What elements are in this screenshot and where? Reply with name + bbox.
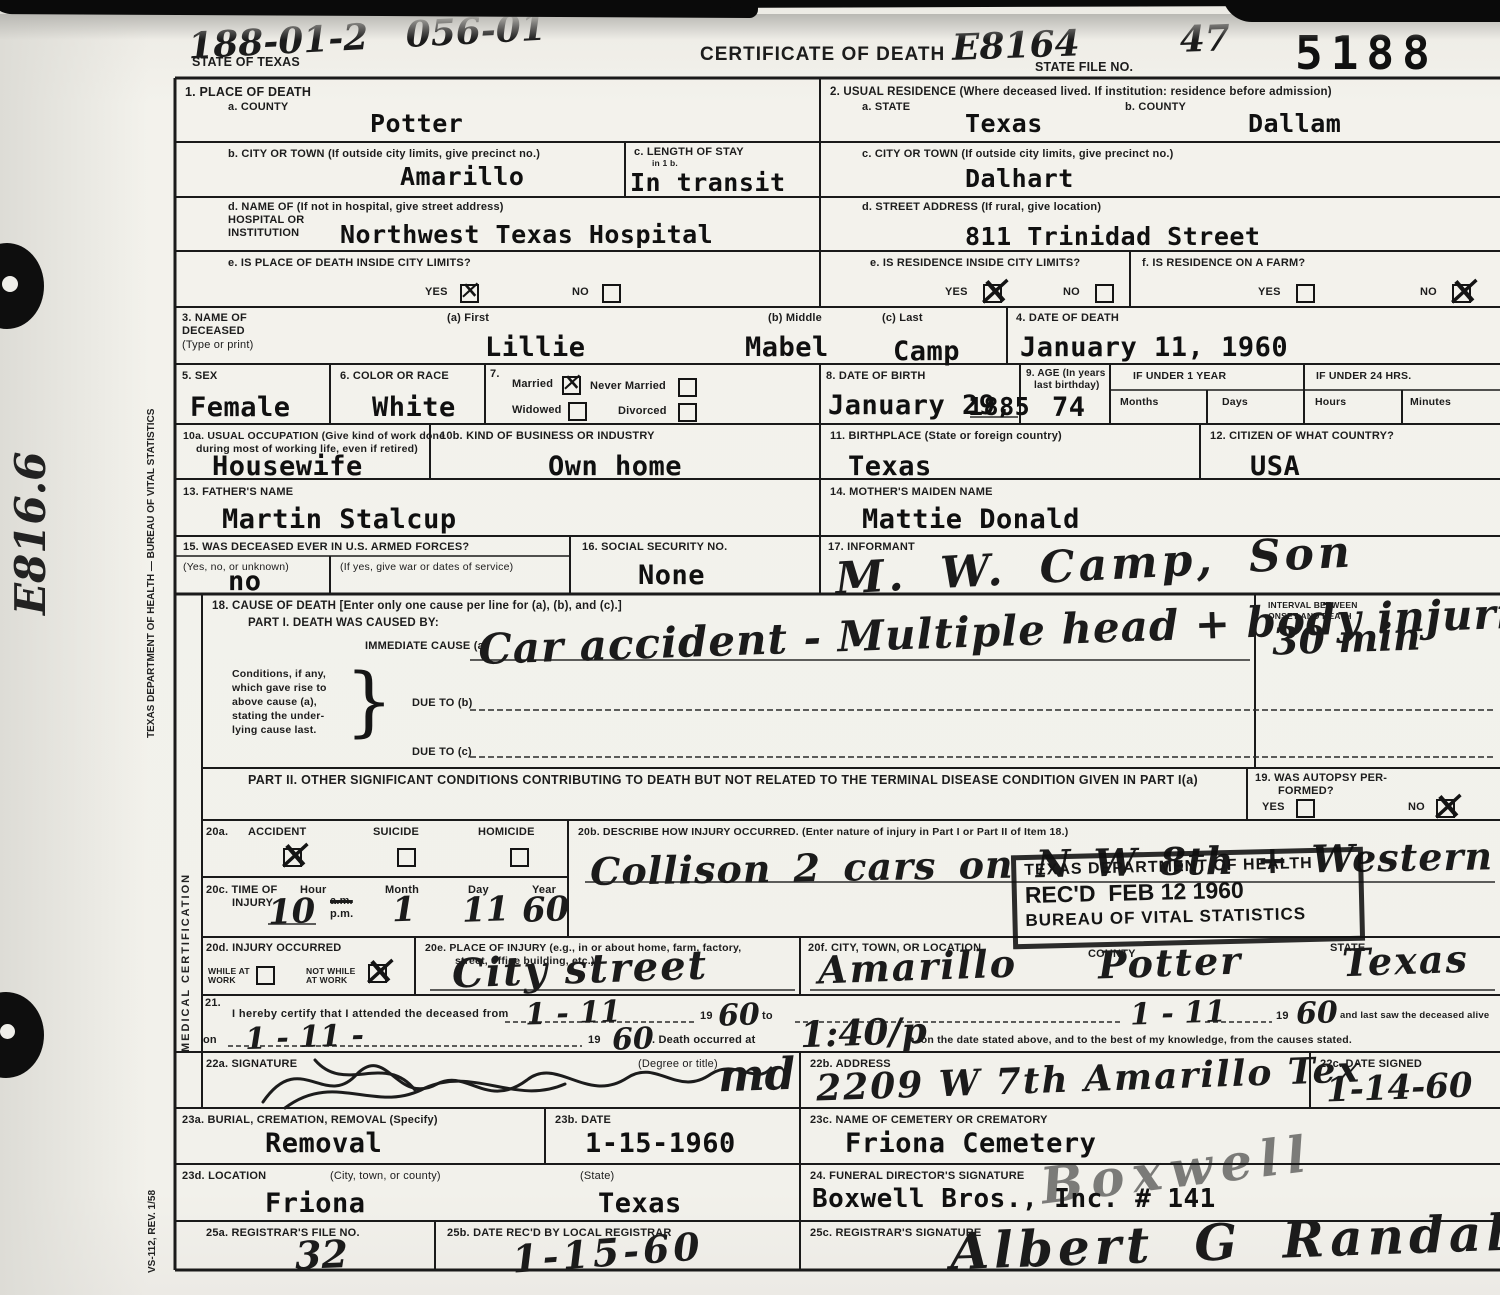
am-label: a.m. [330,895,353,907]
dob-label: 8. DATE OF BIRTH [826,370,926,382]
pod-limits-label: e. IS PLACE OF DEATH INSIDE CITY LIMITS? [228,257,471,269]
divorced-label: Divorced [618,405,667,417]
residence-state-value: Texas [965,109,1043,138]
immediate-cause-label: IMMEDIATE CAUSE (a) [365,640,488,652]
not-while-at-work-label-2: AT WORK [306,975,347,985]
residence-city-label: c. CITY OR TOWN (If outside city limits,… [862,148,1174,160]
cause-part2-label: PART II. OTHER SIGNIFICANT CONDITIONS CO… [248,773,1198,787]
margin-form-number: VS-112, REV. 1/58 [147,1168,158,1273]
certify-year-b: 60 [1295,995,1338,1031]
armed-forces-value: no [228,566,262,597]
autopsy-no-label: NO [1408,801,1425,813]
burial-value: Removal [265,1128,382,1159]
cause-part1-label: PART I. DEATH WAS CAUSED BY: [248,617,439,629]
day-value: 11 [461,889,510,931]
conditions-line-1: Conditions, if any, [232,668,326,680]
mother-label: 14. MOTHER'S MAIDEN NAME [830,486,993,498]
length-of-stay-sub: in 1 b. [652,158,678,168]
hour-value: 10 [267,891,316,933]
never-married-checkbox [678,378,697,397]
cemetery-label: 23c. NAME OF CEMETERY OR CREMATORY [810,1114,1048,1126]
residence-limits-no-label: NO [1063,286,1080,298]
middle-name-value: Mabel [745,332,829,363]
autopsy-yes-checkbox [1296,799,1315,818]
burial-state-sub: (State) [580,1170,614,1182]
homicide-label: HOMICIDE [478,826,535,838]
residence-limits-yes-label: YES [945,286,968,298]
scan-artifact-top-right [1222,0,1500,22]
certify-on-label: on [203,1034,217,1046]
residence-farm-yes-label: YES [1258,286,1281,298]
certify-text-2: and last saw the deceased alive [1340,1010,1489,1021]
citizen-label: 12. CITIZEN OF WHAT COUNTRY? [1210,430,1394,442]
last-name-label: (c) Last [882,312,923,324]
length-of-stay-label: c. LENGTH OF STAY [634,146,744,158]
registrar-file-value: 32 [294,1231,348,1278]
punch-hole-bottom-center [0,1024,15,1039]
suicide-label: SUICIDE [373,826,419,838]
marital-label: 7. [490,368,500,380]
while-at-work-checkbox [256,966,275,985]
autopsy-no-checkbox [1436,799,1455,818]
pod-limits-yes-label: YES [425,286,448,298]
pod-limits-no-label: NO [572,286,589,298]
punch-hole-top-center [2,276,18,292]
injury-occurred-label: 20d. INJURY OCCURRED [206,942,341,954]
date-of-death-label: 4. DATE OF DEATH [1016,312,1119,324]
first-name-value: Lillie [485,332,586,363]
residence-street-label: d. STREET ADDRESS (If rural, give locati… [862,201,1101,213]
residence-farm-no-label: NO [1420,286,1437,298]
how-injury-label: 20b. DESCRIBE HOW INJURY OCCURRED. (Ente… [578,826,1068,838]
hospital-label-3: INSTITUTION [228,227,299,239]
mother-value: Mattie Donald [862,504,1080,535]
autopsy-label-1: 19. WAS AUTOPSY PER- [1255,772,1387,784]
minutes-label: Minutes [1410,396,1451,408]
burial-date-label: 23b. DATE [555,1114,611,1126]
sex-value: Female [190,392,291,423]
due-to-c-label: DUE TO (c) [412,746,472,758]
residence-city-value: Dalhart [965,164,1074,193]
under-24-hrs-header: IF UNDER 24 HRS. [1316,370,1411,382]
pod-county-label: a. COUNTY [228,101,288,113]
certify-num: 21. [205,997,221,1009]
due-to-b-label: DUE TO (b) [412,697,472,709]
residence-farm-yes-checkbox [1296,284,1315,303]
pm-label: p.m. [330,908,353,920]
ssn-value: None [638,560,705,591]
birthplace-label: 11. BIRTHPLACE (State or foreign country… [830,430,1062,442]
autopsy-label-2: FORMED? [1278,785,1334,797]
conditions-brace: } [345,656,393,745]
widowed-checkbox [568,402,587,421]
received-stamp: TEXAS DEPARTMENT OF HEALTH REC'D FEB 12 … [1011,847,1365,950]
month-value: 1 [391,890,416,931]
year-value: 60 [521,889,570,931]
autopsy-yes-label: YES [1262,801,1285,813]
citizen-value: USA [1250,451,1300,482]
margin-department-text: TEXAS DEPARTMENT OF HEALTH — BUREAU OF V… [146,238,157,738]
residence-farm-label: f. IS RESIDENCE ON A FARM? [1142,257,1305,269]
pod-limits-yes-checkbox [460,284,479,303]
residence-farm-no-checkbox [1452,284,1471,303]
certify-19b: 19 [1276,1010,1289,1022]
injury-state-value: Texas [1341,936,1469,985]
certify-to-value: 1 - 11 [1129,994,1226,1032]
place-of-injury-value: City street [451,942,709,998]
margin-handwritten-code: E816.6 [6,455,55,615]
interval-value: 30 min [1271,613,1421,663]
certify-text-1: I hereby certify that I attended the dec… [232,1008,509,1020]
pod-county-value: Potter [370,109,463,138]
date-of-death-value: January 11, 1960 [1020,332,1288,363]
date-signed-value: 1-14-60 [1325,1065,1473,1110]
certificate-title: CERTIFICATE OF DEATH [700,44,945,66]
hospital-label-1: d. NAME OF (If not in hospital, give str… [228,201,504,213]
occupation-value: Housewife [212,451,363,482]
conditions-line-2: which gave rise to [232,682,327,694]
residence-limits-yes-checkbox [983,284,1002,303]
father-value: Martin Stalcup [222,504,457,535]
funeral-director-label: 24. FUNERAL DIRECTOR'S SIGNATURE [810,1170,1024,1182]
widowed-label: Widowed [512,404,562,416]
days-label: Days [1222,396,1248,408]
residence-county-value: Dallam [1248,109,1341,138]
degree-value: md [717,1049,796,1103]
armed-forces-sub2: (If yes, give war or dates of service) [340,561,513,573]
physician-signature-scribble [255,1040,775,1115]
father-label: 13. FATHER'S NAME [183,486,293,498]
last-name-value: Camp [893,336,960,367]
months-label: Months [1120,396,1159,408]
residence-state-label: a. STATE [862,101,910,113]
not-while-at-work-checkbox [368,964,387,983]
sex-label: 5. SEX [182,370,217,382]
dob-year-value: 1885 [968,392,1030,421]
never-married-label: Never Married [590,380,666,392]
injury-city-value: Amarillo [817,941,1017,993]
age-label-1: 9. AGE (In years [1026,368,1106,379]
death-time-value: 1:40/p [799,1010,927,1056]
hours-label: Hours [1315,396,1346,408]
residence-limits-no-checkbox [1095,284,1114,303]
while-at-work-label-2: WORK [208,975,236,985]
middle-name-label: (b) Middle [768,312,822,324]
residence-county-label: b. COUNTY [1125,101,1186,113]
residence-limits-label: e. IS RESIDENCE INSIDE CITY LIMITS? [870,257,1080,269]
conditions-line-3: above cause (a), [232,696,317,708]
certify-year-a: 60 [717,997,760,1033]
conditions-line-5: lying cause last. [232,724,317,736]
race-value: White [372,392,456,423]
residence-title: 2. USUAL RESIDENCE (Where deceased lived… [830,86,1332,98]
name-label-3: (Type or print) [182,339,253,351]
first-name-label: (a) First [447,312,489,324]
cause-title: 18. CAUSE OF DEATH [Enter only one cause… [212,600,622,612]
burial-location-label: 23d. LOCATION [182,1170,266,1182]
name-label-2: DECEASED [182,325,245,337]
burial-state-value: Texas [598,1188,682,1219]
burial-date-value: 1-15-1960 [585,1128,736,1159]
burial-location-sub1: (City, town, or county) [330,1170,441,1182]
age-value: 74 [1052,392,1086,423]
certify-from-value: 1 - 11 [524,994,621,1032]
suicide-checkbox [397,848,416,867]
death-certificate-scan: TEXAS DEPARTMENT OF HEALTH — BUREAU OF V… [0,0,1500,1295]
married-label: Married [512,378,553,390]
certify-text-4: m. on the date stated above, and to the … [905,1034,1352,1046]
armed-forces-label: 15. WAS DECEASED EVER IN U.S. ARMED FORC… [183,541,469,553]
age-label-2: last birthday) [1034,380,1100,391]
certify-19a: 19 [700,1010,713,1022]
hospital-value: Northwest Texas Hospital [340,220,713,249]
divorced-checkbox [678,403,697,422]
pod-limits-no-checkbox [602,284,621,303]
residence-street-value: 811 Trinidad Street [965,222,1260,251]
margin-medical-certification-text: MEDICAL CERTIFICATION [180,772,192,1052]
pod-city-value: Amarillo [400,162,524,191]
pod-city-label: b. CITY OR TOWN (If outside city limits,… [228,148,540,160]
under-1-year-header: IF UNDER 1 YEAR [1133,370,1226,382]
homicide-checkbox [510,848,529,867]
certify-to-label: to [762,1010,773,1022]
place-of-death-title: 1. PLACE OF DEATH [185,85,311,99]
ssn-label: 16. SOCIAL SECURITY NO. [582,541,727,553]
conditions-line-4: stating the under- [232,710,324,722]
manner-num-label: 20a. [206,826,228,838]
name-label-1: 3. NAME OF [182,312,247,324]
birthplace-value: Texas [848,451,932,482]
hospital-label-2: HOSPITAL OR [228,214,304,226]
burial-location-value: Friona [265,1188,366,1219]
burial-label: 23a. BURIAL, CREMATION, REMOVAL (Specify… [182,1114,438,1126]
business-label: 10b. KIND OF BUSINESS OR INDUSTRY [440,430,655,442]
married-checkbox [562,376,581,395]
race-label: 6. COLOR OR RACE [340,370,449,382]
accident-checkbox [283,848,302,867]
occupation-label-1: 10a. USUAL OCCUPATION (Give kind of work… [183,430,445,442]
length-of-stay-value: In transit [630,168,786,197]
business-value: Own home [548,451,682,482]
